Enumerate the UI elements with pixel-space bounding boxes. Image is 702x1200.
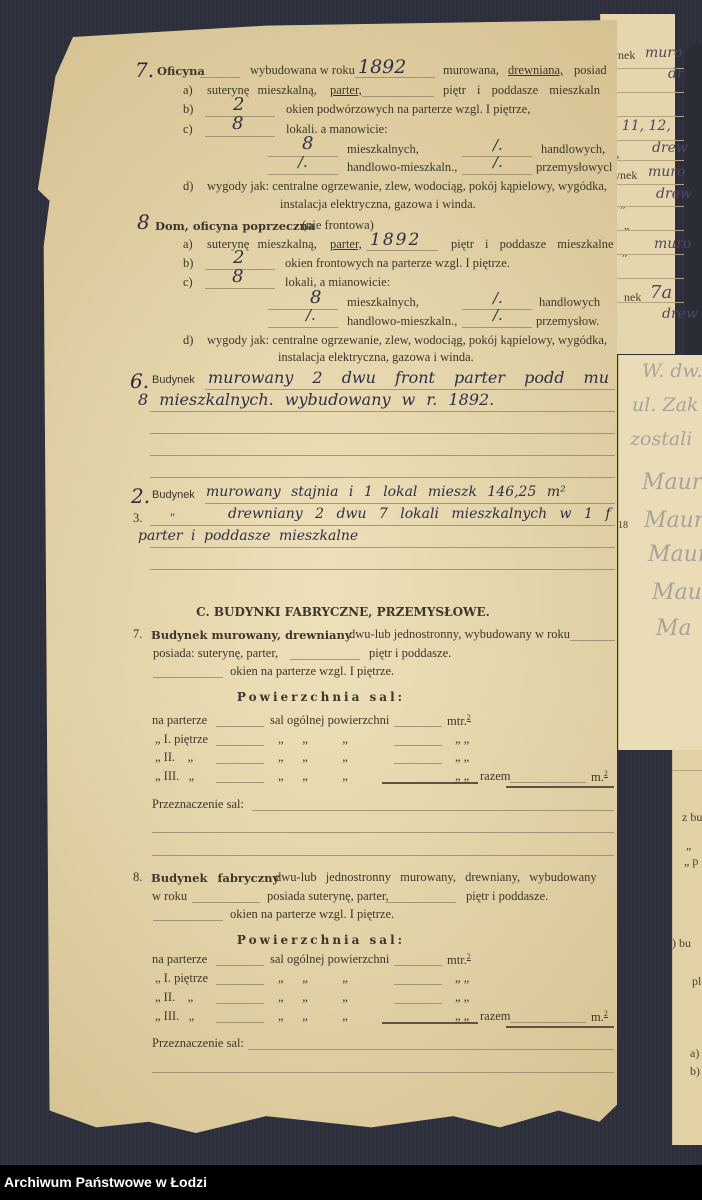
- ditto-marks: „ „: [455, 990, 469, 1005]
- side-printed: „: [620, 196, 625, 211]
- printed-text: mieszkalnych,: [347, 295, 419, 310]
- ditto-marks: „ „ „: [278, 732, 348, 747]
- printed-label: Budynek: [152, 374, 195, 386]
- row-label: na parterze: [152, 952, 207, 967]
- hand-value: /.: [306, 306, 316, 324]
- printed-text: przemysłowycl: [536, 160, 612, 175]
- side-hand: muro: [648, 164, 685, 180]
- side-fragment: ) bu: [672, 936, 691, 951]
- ditto-marks: „ „ „: [278, 769, 348, 784]
- hand-number: 8: [137, 210, 150, 234]
- item-title: Budynek fabryczny: [151, 871, 279, 885]
- total-label: razem: [480, 769, 511, 784]
- row-label: „ III. „: [155, 769, 194, 784]
- pencil-note: Maur: [652, 580, 702, 605]
- printed-text: okien na parterze wzgl. I piętrze.: [230, 664, 394, 679]
- hand-value: 2: [233, 247, 244, 268]
- row-label: „ III. „: [155, 1009, 194, 1024]
- printed-text: posiada: suterynę, parter,: [153, 646, 278, 661]
- hand-number: 7.: [135, 58, 154, 82]
- row-label: d): [183, 333, 193, 348]
- printed-text: suterynę mieszkalną,: [207, 237, 317, 252]
- row-label: „ I. piętrze: [155, 971, 208, 986]
- hand-value: 2: [233, 94, 244, 115]
- hand-number: 3.: [133, 511, 142, 526]
- printed-text: wygody jak: centralne ogrzewanie, zlew, …: [207, 179, 607, 194]
- hand-number: 2.: [131, 484, 150, 508]
- hand-value: /.: [493, 289, 503, 307]
- printed-text: (nie frontowa): [302, 218, 374, 233]
- hand-value: 1892: [370, 230, 421, 250]
- archive-name: Archiwum Państwowe w Łodzi: [4, 1174, 207, 1190]
- row-label: b): [183, 102, 193, 117]
- printed-text: sal ogólnej powierzchni: [270, 713, 389, 728]
- hand-value: 8: [310, 287, 321, 308]
- row-label: a): [183, 83, 193, 98]
- printed-label: Budynek: [152, 489, 195, 501]
- pencil-note: W. dw.: [642, 360, 702, 382]
- pencil-note: Maur: [642, 470, 702, 495]
- printed-text: handlowo-mieszkaln.,: [347, 314, 457, 329]
- row-label: „ II. „: [155, 990, 193, 1005]
- handwritten-entry: murowany 2 dwu front parter podd mu: [208, 368, 609, 387]
- ditto-marks: „ „ „: [278, 750, 348, 765]
- printed-text: suterynę mieszkalną,: [207, 83, 317, 98]
- margin-number: 18: [618, 520, 628, 531]
- printed-text: dwu-lub jednostronny, wybudowany w roku: [349, 627, 570, 642]
- hand-value: /.: [493, 136, 503, 154]
- side-hand: drew: [652, 140, 688, 156]
- printed-text: wygody jak: centralne ogrzewanie, zlew, …: [207, 333, 607, 348]
- printed-text: w roku: [152, 889, 187, 904]
- ditto-marks: „ „ „: [278, 1009, 348, 1024]
- printed-text: lokali, a mianowicie:: [285, 275, 390, 290]
- underlined-option: drewniana,: [508, 63, 563, 78]
- unit: mtr.2: [447, 713, 471, 729]
- row-label: „ I. piętrze: [155, 732, 208, 747]
- handwritten-entry: drewniany 2 dwu 7 lokali mieszkalnych w …: [228, 506, 611, 522]
- handwritten-entry: 8 mieszkalnych. wybudowany w r. 1892.: [138, 390, 494, 409]
- side-hand: dr: [668, 66, 684, 82]
- hand-year: 1892: [358, 56, 406, 78]
- side-fragment: b): [690, 1064, 700, 1079]
- printed-text: handlowych: [539, 295, 600, 310]
- printed-text: posiada suterynę, parter,: [267, 889, 389, 904]
- printed-text: mieszkalnych,: [347, 142, 419, 157]
- underlined-option: parter,: [330, 237, 362, 252]
- printed-text: handlowo-mieszkaln.,: [347, 160, 457, 175]
- unit: mtr.2: [447, 952, 471, 968]
- ditto-marks: „ „: [455, 750, 469, 765]
- area-title: Powierzchnia sal:: [0, 690, 672, 704]
- item-title: Dom, oficyna poprzeczna: [155, 219, 315, 233]
- purpose-label: Przeznaczenie sal:: [152, 797, 244, 812]
- archive-footer: Archiwum Państwowe w Łodzi: [0, 1165, 702, 1200]
- purpose-label: Przeznaczenie sal:: [152, 1036, 244, 1051]
- printed-text: dwu-lub jednostronny murowany, drewniany…: [275, 870, 597, 885]
- side-fragment: „ p: [684, 854, 698, 869]
- pencil-note: Maur: [648, 542, 702, 567]
- printed-text: murowana,: [443, 63, 499, 78]
- printed-text: posiad: [574, 63, 607, 78]
- side-hand: drew: [662, 306, 698, 322]
- ditto-marks: „ „: [455, 769, 469, 784]
- printed-text: handlowych,: [541, 142, 605, 157]
- item-number: 8.: [133, 870, 142, 885]
- total-unit: m.2: [591, 1009, 608, 1025]
- ditto-marks: „ „ „: [278, 990, 348, 1005]
- side-hand: drew: [656, 186, 692, 202]
- hand-value: 8: [302, 133, 313, 154]
- printed-text: instalacja elektryczna, gazowa i winda.: [280, 197, 476, 212]
- pencil-note: Maur: [644, 508, 702, 533]
- item-number: 7.: [133, 627, 142, 642]
- row-label: c): [183, 275, 193, 290]
- section-title: C. BUDYNKI FABRYCZNE, PRZEMYSŁOWE.: [0, 605, 694, 619]
- printed-text: okien frontowych na parterze wzgl. I pię…: [285, 256, 510, 271]
- side-fragment: z bu: [682, 810, 702, 825]
- printed-text: przemysłow.: [536, 314, 599, 329]
- pencil-note: Ma: [656, 616, 692, 641]
- printed-text: sal ogólnej powierzchni: [270, 952, 389, 967]
- pencil-note: ul. Zak: [632, 394, 698, 416]
- side-printed: „: [622, 244, 627, 259]
- ditto-marks: „ „: [455, 1009, 469, 1024]
- handwritten-entry: parter i poddasze mieszkalne: [138, 528, 358, 544]
- total-unit: m.2: [591, 769, 608, 785]
- row-label: c): [183, 122, 193, 137]
- side-hand: 7a: [650, 282, 672, 303]
- item-title: Oficyna: [157, 64, 205, 78]
- total-label: razem: [480, 1009, 511, 1024]
- ditto-mark: ": [170, 511, 175, 526]
- hand-value: /.: [493, 153, 503, 171]
- side-fragment: pl: [692, 974, 701, 989]
- printed-text: piętr i poddasze.: [466, 889, 548, 904]
- pencil-note: zostali: [630, 428, 692, 450]
- printed-text: instalacja elektryczna, gazowa i winda.: [278, 350, 474, 365]
- hand-value: 8: [232, 266, 243, 287]
- printed-text: piętr i poddasze.: [369, 646, 451, 661]
- side-hand: muro: [645, 45, 682, 61]
- hand-value: /.: [493, 306, 503, 324]
- ditto-marks: „ „: [455, 732, 469, 747]
- row-label: na parterze: [152, 713, 207, 728]
- side-hand: muro: [654, 236, 691, 252]
- item-title: Budynek murowany, drewniany: [151, 628, 352, 642]
- hand-value: /.: [298, 153, 308, 171]
- printed-text: okien na parterze wzgl. I piętrze.: [230, 907, 394, 922]
- hand-value: 8: [232, 113, 243, 134]
- side-fragment: „: [686, 838, 691, 853]
- underlined-option: parter,: [330, 83, 362, 98]
- printed-text: okien podwórzowych na parterze wzgl. I p…: [286, 102, 530, 117]
- row-label: a): [183, 237, 193, 252]
- ditto-marks: „ „ „: [278, 971, 348, 986]
- printed-text: piętr i poddasze mieszkalne: [451, 237, 614, 252]
- area-title: Powierzchnia sal:: [0, 933, 672, 947]
- side-fragment: a): [690, 1046, 699, 1061]
- ditto-marks: „ „: [455, 971, 469, 986]
- row-label: d): [183, 179, 193, 194]
- handwritten-entry: murowany stajnia i 1 lokal mieszk 146,25…: [206, 484, 566, 500]
- row-label: „ II. „: [155, 750, 193, 765]
- printed-text: wybudowana w roku: [250, 63, 355, 78]
- row-label: b): [183, 256, 193, 271]
- printed-text: piętr i poddasze mieszkaln: [443, 83, 600, 98]
